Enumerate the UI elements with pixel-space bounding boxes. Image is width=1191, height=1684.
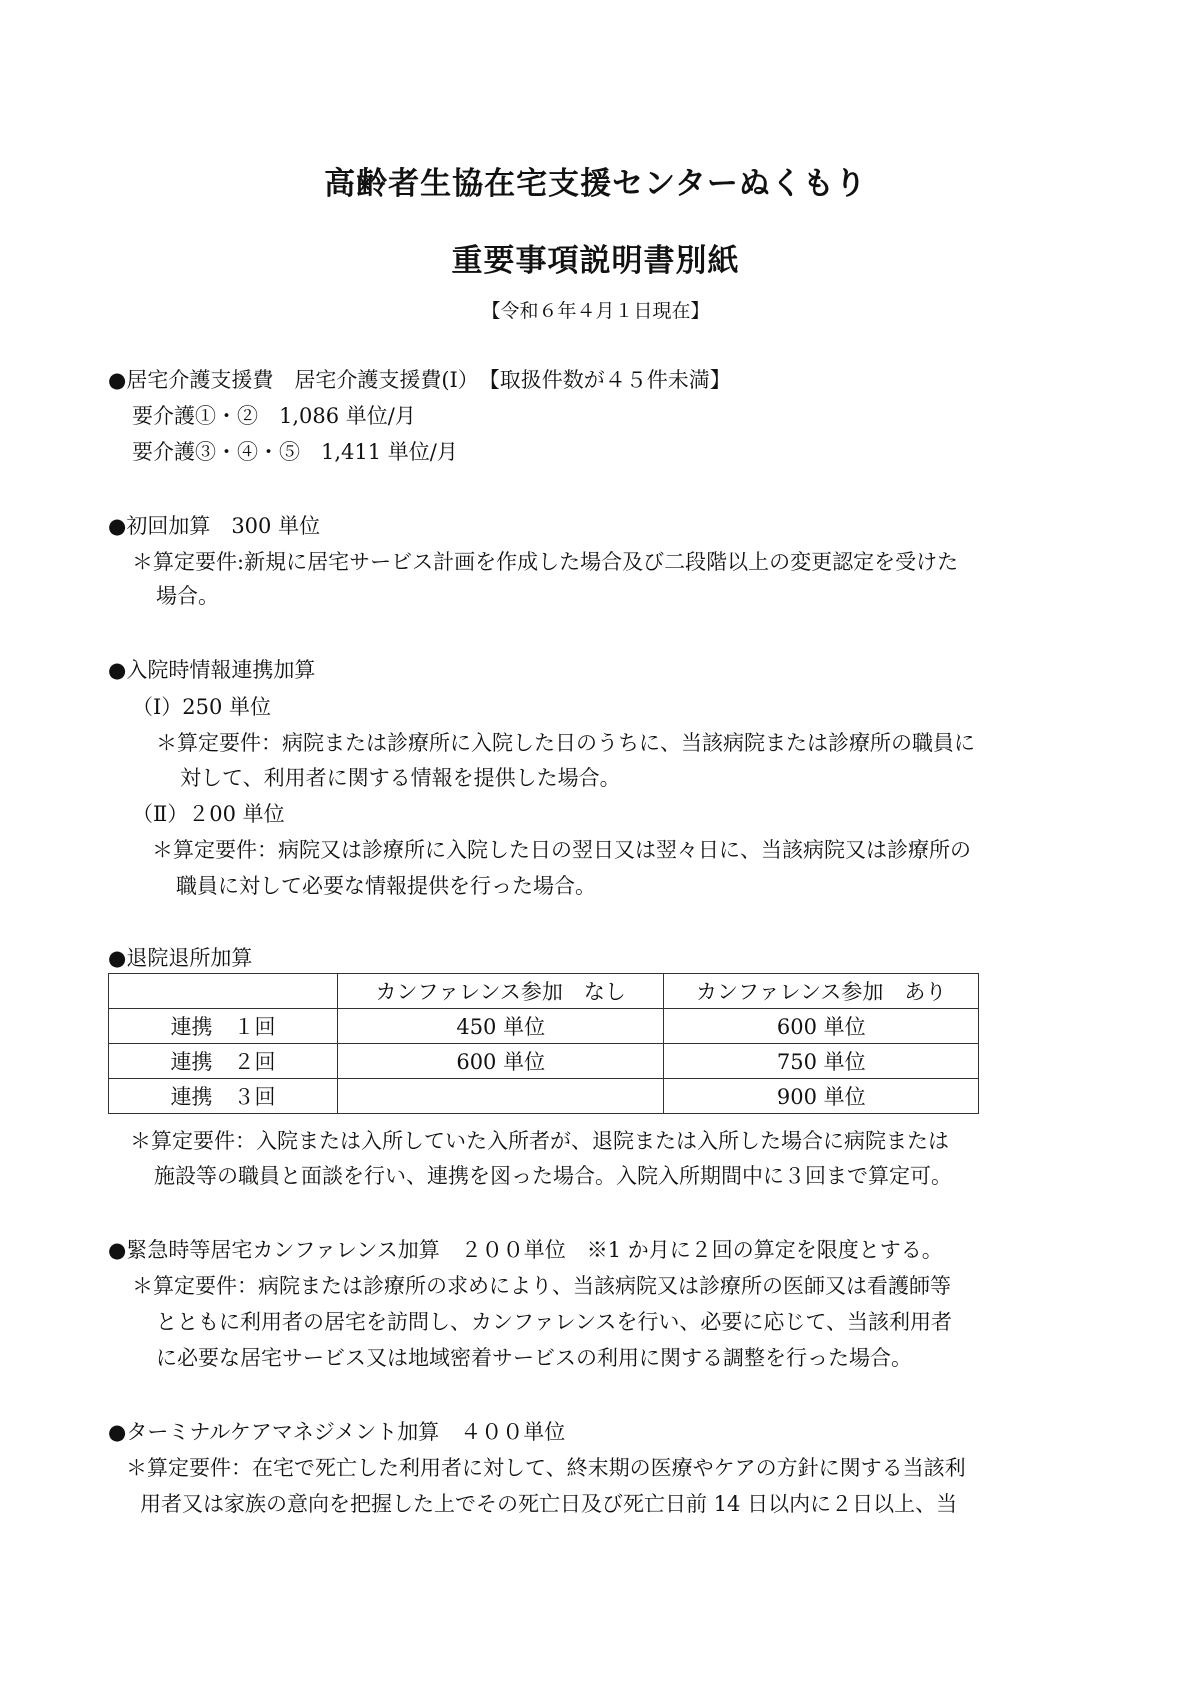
page-subtitle: 重要事項説明書別紙 [0, 235, 1191, 280]
terminal-heading: ●ターミナルケアマネジメント加算 ４００単位 [108, 1418, 565, 1446]
care-support-line-2: 要介護③・④・⑤ 1,411 単位/月 [132, 438, 458, 466]
admission-ii-requirement-1: ＊算定要件：病院又は診療所に入院した日の翌日又は翌々日に、当該病院又は診療所の [152, 836, 971, 864]
discharge-heading: ●退院退所加算 [108, 944, 252, 972]
table-cell: 900 単位 [664, 1079, 979, 1114]
discharge-requirement-2: 施設等の職員と面談を行い、連携を図った場合。入院入所期間中に３回まで算定可。 [154, 1162, 952, 1190]
table-header-cell [109, 974, 338, 1009]
emergency-requirement-3: に必要な居宅サービス又は地域密着サービスの利用に関する調整を行った場合。 [156, 1344, 912, 1372]
table-cell: 600 単位 [337, 1044, 663, 1079]
care-support-heading: ●居宅介護支援費 居宅介護支援費(Ⅰ） 【取扱件数が４５件未満】 [108, 366, 731, 394]
table-cell: 750 単位 [664, 1044, 979, 1079]
emergency-heading: ●緊急時等居宅カンファレンス加算 ２００単位 ※1 か月に２回の算定を限度とする… [108, 1236, 943, 1264]
page-title: 高齢者生協在宅支援センターぬくもり [0, 158, 1191, 203]
table-cell: 連携 ３回 [109, 1079, 338, 1114]
terminal-requirement-2: 用者又は家族の意向を把握した上でその死亡日及び死亡日前 14 日以内に２日以上、… [140, 1490, 957, 1518]
table-header-cell: カンファレンス参加 あり [664, 974, 979, 1009]
table-cell: 450 単位 [337, 1009, 663, 1044]
table-row: 連携 １回 450 単位 600 単位 [109, 1009, 979, 1044]
admission-ii-label: （Ⅱ）２00 単位 [132, 800, 285, 828]
table-cell: 600 単位 [664, 1009, 979, 1044]
admission-heading: ●入院時情報連携加算 [108, 656, 315, 684]
table-cell [337, 1079, 663, 1114]
admission-i-requirement-2: 対して、利用者に関する情報を提供した場合。 [180, 764, 621, 792]
care-support-line-1: 要介護①・② 1,086 単位/月 [132, 402, 416, 430]
initial-requirement-2: 場合。 [156, 582, 219, 610]
admission-ii-requirement-2: 職員に対して必要な情報提供を行った場合。 [176, 872, 596, 900]
table-header-row: カンファレンス参加 なし カンファレンス参加 あり [109, 974, 979, 1009]
emergency-requirement-2: とともに利用者の居宅を訪問し、カンファレンスを行い、必要に応じて、当該利用者 [156, 1308, 952, 1336]
discharge-table: カンファレンス参加 なし カンファレンス参加 あり 連携 １回 450 単位 6… [108, 973, 979, 1114]
discharge-requirement-1: ＊算定要件：入院または入所していた入所者が、退院または入所した場合に病院または [130, 1127, 949, 1155]
initial-heading: ●初回加算 300 単位 [108, 512, 320, 540]
table-row: 連携 ２回 600 単位 750 単位 [109, 1044, 979, 1079]
admission-i-label: （Ⅰ）250 単位 [132, 693, 271, 721]
table-cell: 連携 ２回 [109, 1044, 338, 1079]
admission-i-requirement-1: ＊算定要件：病院または診療所に入院した日のうちに、当該病院または診療所の職員に [156, 729, 975, 757]
terminal-requirement-1: ＊算定要件：在宅で死亡した利用者に対して、終末期の医療やケアの方針に関する当該利 [126, 1454, 966, 1482]
table-header-cell: カンファレンス参加 なし [337, 974, 663, 1009]
table-row: 連携 ３回 900 単位 [109, 1079, 979, 1114]
table-cell: 連携 １回 [109, 1009, 338, 1044]
initial-requirement-1: ＊算定要件:新規に居宅サービス計画を作成した場合及び二段階以上の変更認定を受けた [132, 548, 958, 576]
effective-date: 【令和６年４月１日現在】 [0, 296, 1191, 323]
emergency-requirement-1: ＊算定要件：病院または診療所の求めにより、当該病院又は診療所の医師又は看護師等 [132, 1272, 951, 1300]
